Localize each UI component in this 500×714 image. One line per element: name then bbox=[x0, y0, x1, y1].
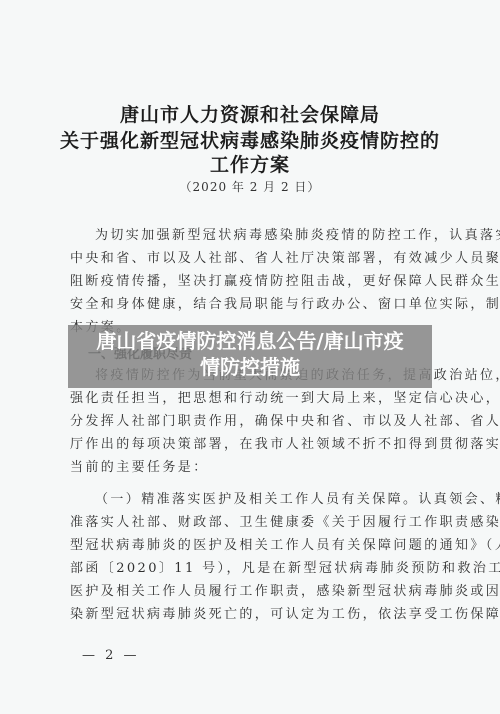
section-line: 当前的主要任务是： bbox=[70, 460, 420, 476]
subsection-line: 部函〔2020〕11 号），凡是在新型冠状病毒肺炎预防和救治工作中， bbox=[70, 561, 420, 577]
subsection-line: 型冠状病毒肺炎的医护及相关工作人员有关保障问题的通知》（人社 bbox=[70, 538, 420, 554]
page-number: — 2 — bbox=[82, 648, 140, 663]
document-date: （2020 年 2 月 2 日） bbox=[0, 178, 500, 195]
intro-line: 为切实加强新型冠状病毒感染肺炎疫情的防控工作，认真落实 bbox=[95, 228, 420, 244]
subsection-line: 准落实人社部、财政部、卫生健康委《关于因履行工作职责感染新 bbox=[70, 515, 420, 531]
headline-overlay-text: 唐山省疫情防控消息公告/唐山市疫 情防控措施 bbox=[68, 328, 432, 380]
intro-line: 安全和身体健康，结合我局职能与行政办公、窗口单位实际，制定 bbox=[70, 297, 420, 313]
subsection-line: 染新型冠状病毒肺炎死亡的，可认定为工伤，依法享受工伤保障待 bbox=[70, 607, 420, 623]
section-line: 厅作出的每项决策部署，在我市人社领域不折不扣得到贯彻落实。 bbox=[70, 437, 420, 453]
intro-line: 阻断疫情传播，坚决打赢疫情防控阻击战，更好保障人民群众生命 bbox=[70, 274, 420, 290]
document-title-line-2: 关于强化新型冠状病毒感染肺炎疫情防控的 bbox=[0, 126, 500, 153]
subsection-line: （一）精准落实医护及相关工作人员有关保障。认真领会、精 bbox=[95, 492, 420, 508]
intro-line: 中央和省、市以及人社部、省人社厅决策部署，有效减少人员聚集， bbox=[70, 251, 420, 267]
document-title-line-3: 工作方案 bbox=[0, 150, 500, 177]
headline-line-1: 唐山省疫情防控消息公告/唐山市疫 bbox=[68, 328, 432, 354]
headline-line-2: 情防控措施 bbox=[68, 354, 432, 380]
section-line: 强化责任担当，把思想和行动统一到大局上来，坚定信心决心，充 bbox=[70, 391, 420, 407]
subsection-line: 医护及相关工作人员履行工作职责，感染新型冠状病毒肺炎或因感 bbox=[70, 584, 420, 600]
document-title-line-1: 唐山市人力资源和社会保障局 bbox=[0, 100, 500, 127]
section-line: 分发挥人社部门职责作用，确保中央和省、市以及人社部、省人社 bbox=[70, 414, 420, 430]
